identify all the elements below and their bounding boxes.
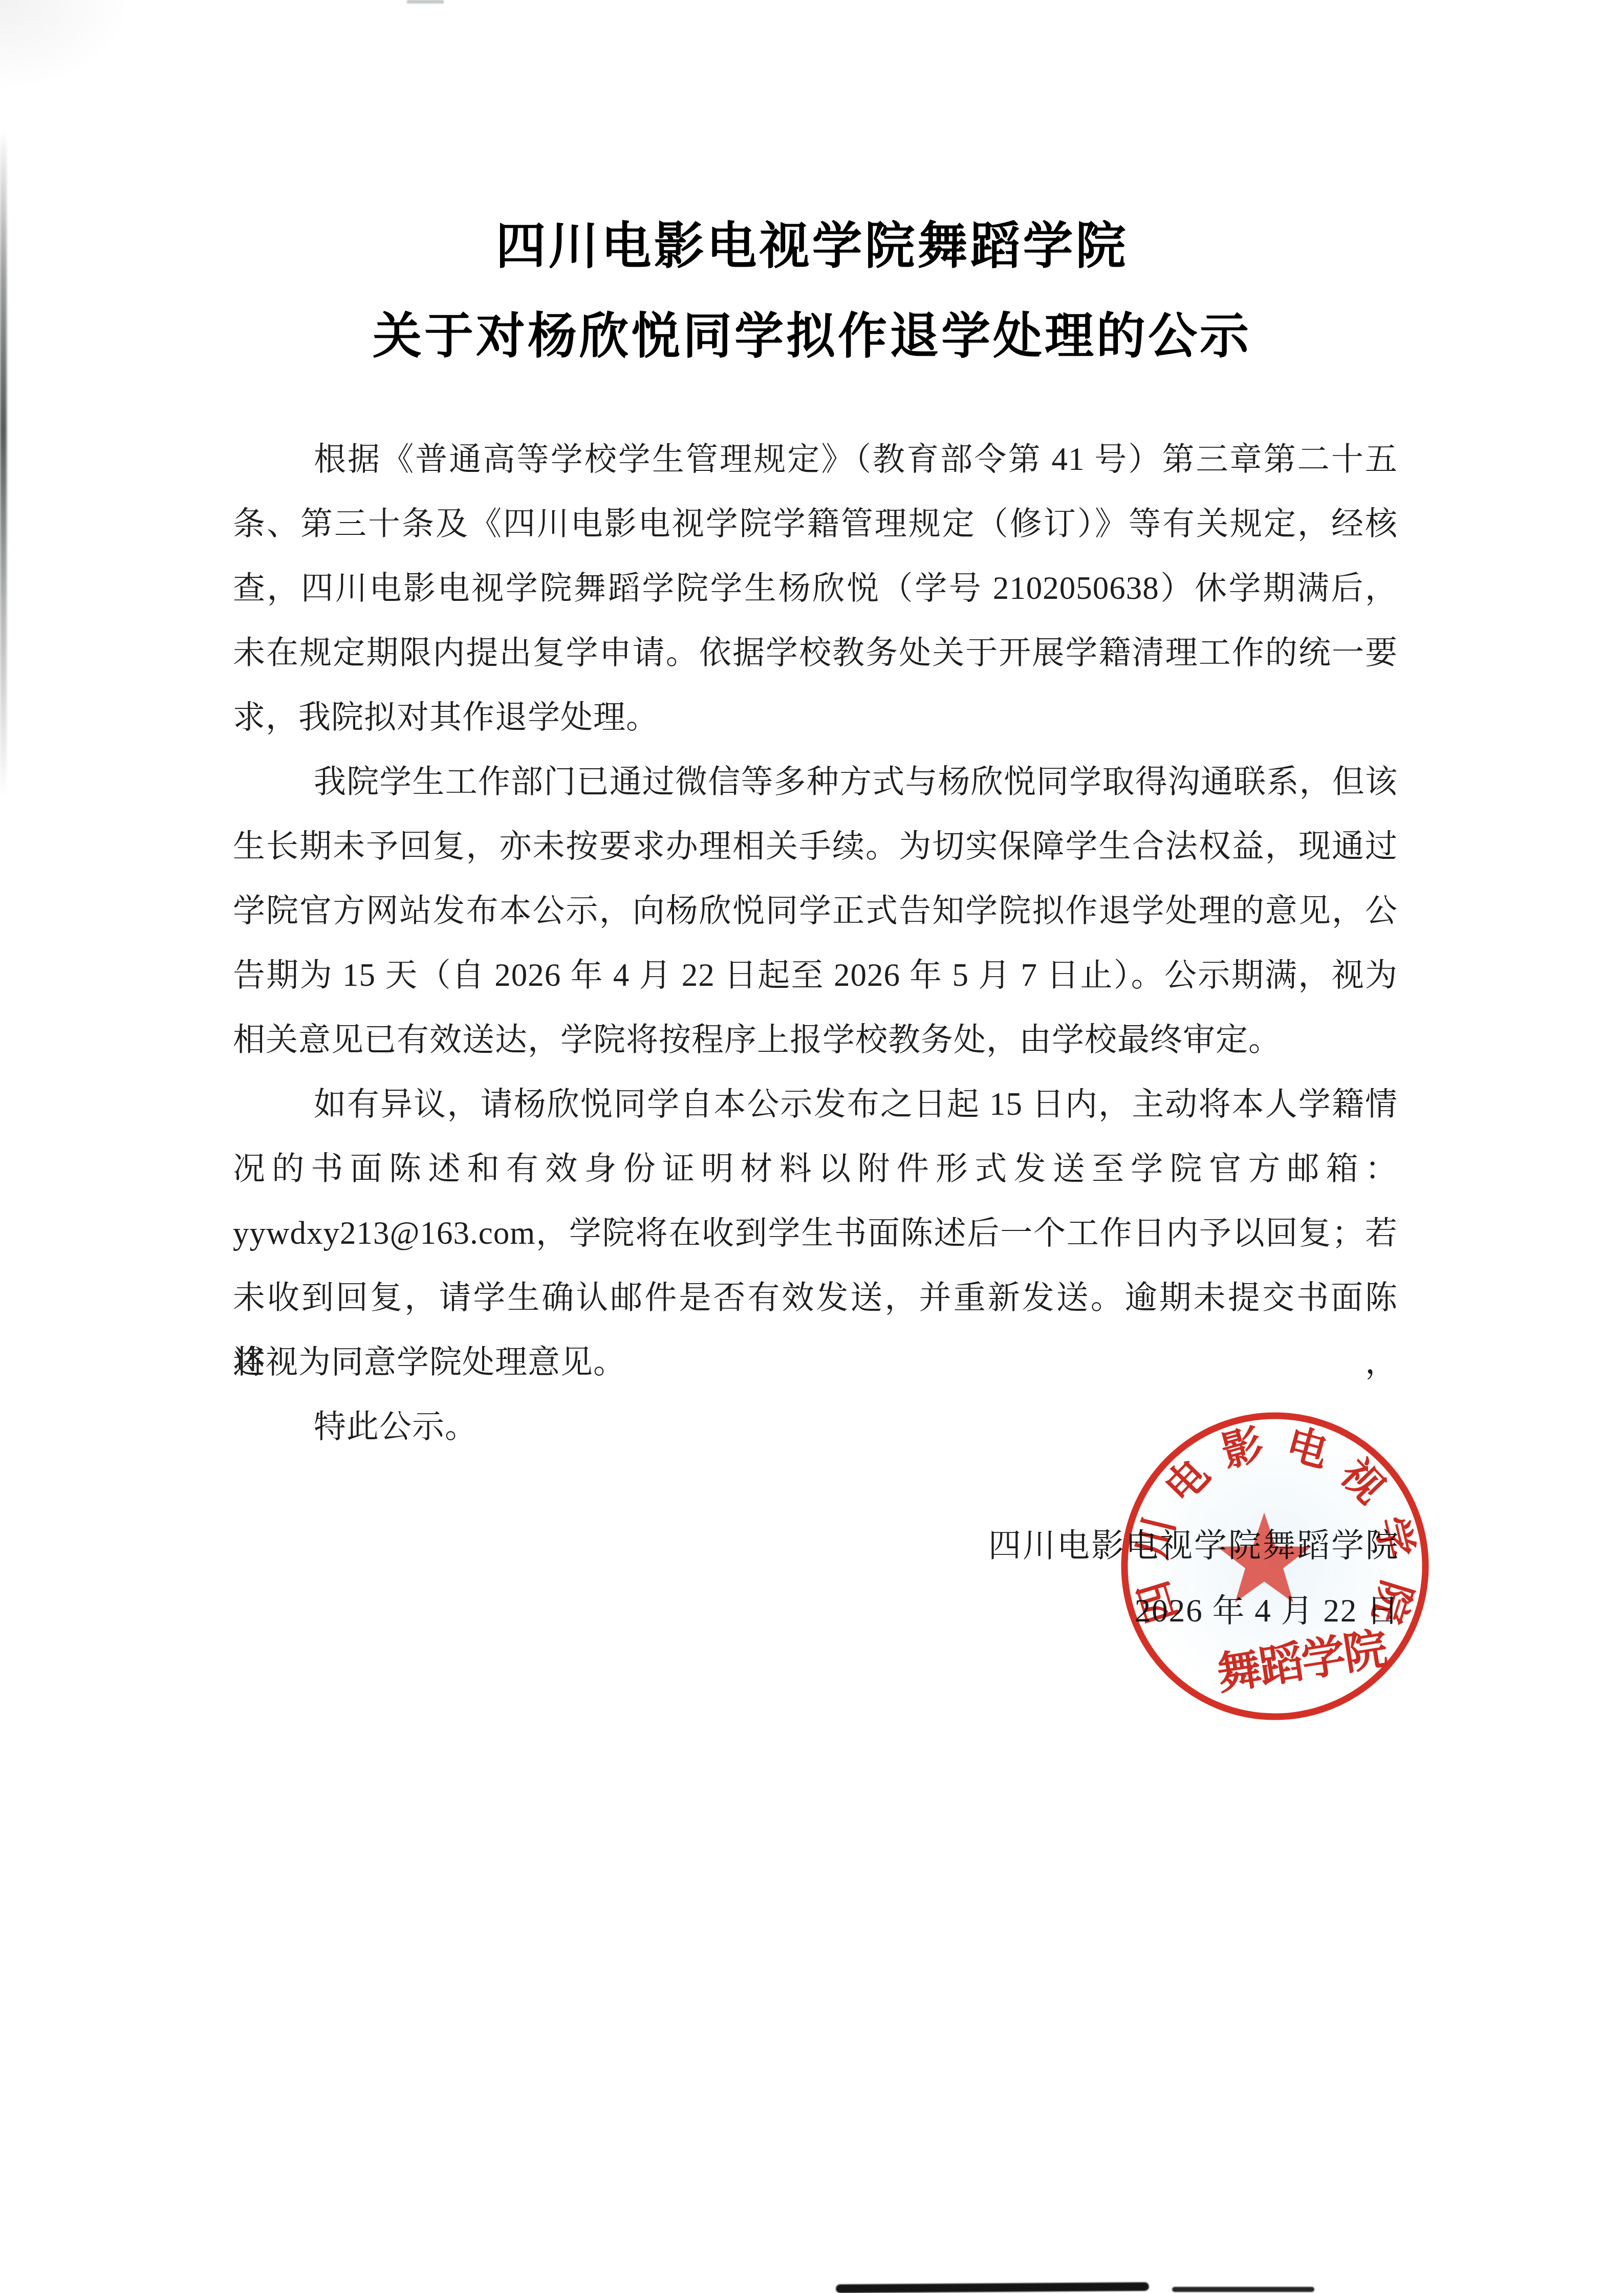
body-line: 未收到回复，请学生确认邮件是否有效发送，并重新发送。逾期未提交书面陈述，: [233, 1265, 1398, 1330]
body-line: 生长期未予回复，亦未按要求办理相关手续。为切实保障学生合法权益，现通过: [233, 814, 1398, 878]
official-stamp: 四 川 电 影 电 视 学 院 舞蹈学院: [1118, 1409, 1432, 1723]
document-page: 四川电影电视学院舞蹈学院 关于对杨欣悦同学拟作退学处理的公示 根据《普通高等学校…: [0, 0, 1624, 2293]
body-line: 如有异议，请杨欣悦同学自本公示发布之日起 15 日内，主动将本人学籍情: [233, 1072, 1398, 1136]
body-line: 告期为 15 天（自 2026 年 4 月 22 日起至 2026 年 5 月 …: [233, 943, 1398, 1007]
body-line: 未在规定期限内提出复学申请。依据学校教务处关于开展学籍清理工作的统一要: [233, 620, 1398, 685]
scan-corner-shading: [0, 0, 133, 92]
body-line: 况的书面陈述和有效身份证明材料以附件形式发送至学院官方邮箱：: [233, 1136, 1398, 1201]
signature-college: 四川电影电视学院舞蹈学院: [988, 1529, 1400, 1562]
scan-mark-top-edge: [407, 0, 444, 4]
body-line: 根据《普通高等学校学生管理规定》（教育部令第 41 号）第三章第二十五: [233, 427, 1398, 491]
document-title-line2: 关于对杨欣悦同学拟作退学处理的公示: [0, 297, 1624, 367]
body-line: 查，四川电影电视学院舞蹈学院学生杨欣悦（学号 2102050638）休学期满后，: [233, 556, 1398, 620]
scan-smudge-bottom: [836, 2282, 1149, 2293]
scan-smudge-bottom-right: [1172, 2287, 1314, 2292]
document-title-line1: 四川电影电视学院舞蹈学院: [0, 206, 1624, 278]
body-line: 相关意见已有效送达，学院将按程序上报学校教务处，由学校最终审定。: [233, 1007, 1398, 1072]
body-line: 学院官方网站发布本公示，向杨欣悦同学正式告知学院拟作退学处理的意见，公: [233, 878, 1398, 943]
body-line: 条、第三十条及《四川电影电视学院学籍管理规定（修订）》等有关规定，经核: [233, 491, 1398, 556]
signature-date: 2026 年 4 月 22 日: [1135, 1595, 1400, 1627]
document-body: 根据《普通高等学校学生管理规定》（教育部令第 41 号）第三章第二十五 条、第三…: [233, 427, 1398, 1459]
body-line: 求，我院拟对其作退学处理。: [233, 685, 1398, 749]
body-line: yywdxy213@163.com，学院将在收到学生书面陈述后一个工作日内予以回…: [233, 1201, 1398, 1265]
body-line: 我院学生工作部门已通过微信等多种方式与杨欣悦同学取得沟通联系，但该: [233, 749, 1398, 814]
